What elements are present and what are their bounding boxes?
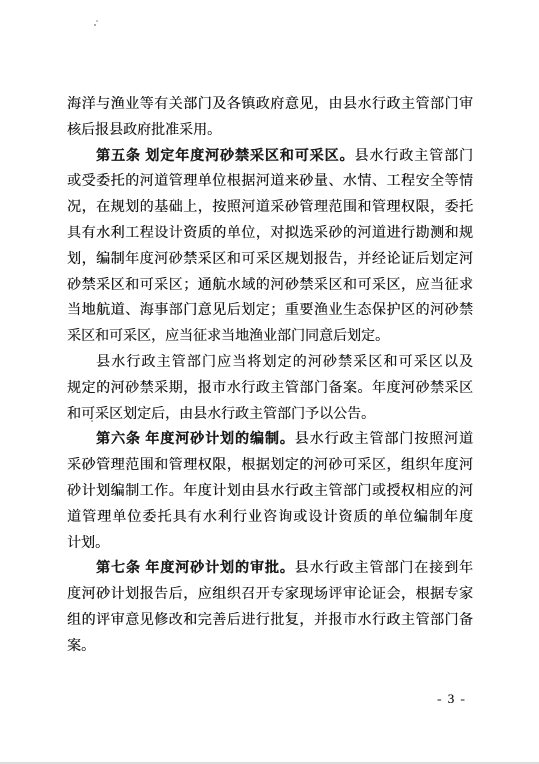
document-line: 海洋与渔业等有关部门及各镇政府意见，由县水行政主管部门审: [67, 92, 473, 118]
page-number: - 3 -: [437, 691, 466, 707]
line-text: 具有水利工程设计资质的单位，对拟选采砂的河道进行勘测和规: [67, 226, 473, 241]
line-text: 计划。: [67, 536, 109, 551]
line-text: 县水行政主管部门应当将划定的河砂禁采区和可采区以及: [96, 355, 473, 370]
line-text: 县水行政主管部门按照河道: [295, 432, 473, 447]
line-text: 和可采区划定后，由县水行政主管部门予以公告。: [67, 407, 375, 422]
document-line: 或受委托的河道管理单位根据河道来砂量、水情、工程安全等情: [67, 169, 473, 195]
line-text: 砂计划编制工作。年度计划由县水行政主管部门或授权相应的河: [67, 484, 473, 499]
scan-speck: [91, 420, 93, 422]
line-text: 县水行政主管部门在接到年: [295, 561, 473, 576]
document-line: 度河砂计划报告后，应组织召开专家现场评审论证会，根据专家: [67, 582, 473, 608]
scan-speck: [96, 20, 98, 22]
line-text: 县水行政主管部门: [354, 149, 473, 164]
document-line: 砂计划编制工作。年度计划由县水行政主管部门或授权相应的河: [67, 479, 473, 505]
document-line: 道管理单位委托具有水利行业咨询或设计资质的单位编制年度: [67, 505, 473, 531]
line-text: 核后报县政府批准采用。: [67, 123, 221, 138]
line-text: 案。: [67, 639, 95, 654]
line-text: 砂禁采区和可采区；通航水域的河砂禁采区和可采区，应当征求: [67, 278, 473, 293]
document-line: 核后报县政府批准采用。: [67, 118, 473, 144]
document-page: 海洋与渔业等有关部门及各镇政府意见，由县水行政主管部门审 核后报县政府批准采用。…: [0, 0, 539, 764]
line-text: 或受委托的河道管理单位根据河道来砂量、水情、工程安全等情: [67, 174, 473, 189]
document-line: 县水行政主管部门应当将划定的河砂禁采区和可采区以及: [67, 350, 473, 376]
document-line: 砂禁采区和可采区；通航水域的河砂禁采区和可采区，应当征求: [67, 273, 473, 299]
line-text: 采砂管理范围和管理权限，根据划定的河砂可采区，组织年度河: [67, 458, 473, 473]
line-text: 规定的河砂禁采期，报市水行政主管部门备案。年度河砂禁采区: [67, 381, 473, 396]
document-line: 案。: [67, 634, 473, 660]
document-line: 况，在规划的基础上，按照河道采砂管理范围和管理权限，委托: [67, 195, 473, 221]
document-line: 组的评审意见修改和完善后进行批复，并报市水行政主管部门备: [67, 608, 473, 634]
document-line: 采砂管理范围和管理权限，根据划定的河砂可采区，组织年度河: [67, 453, 473, 479]
line-text: 况，在规划的基础上，按照河道采砂管理范围和管理权限，委托: [67, 200, 473, 215]
document-line: 第七条 年度河砂计划的审批。县水行政主管部门在接到年: [67, 556, 473, 582]
line-text: 道管理单位委托具有水利行业咨询或设计资质的单位编制年度: [67, 510, 473, 525]
article-heading: 第七条 年度河砂计划的审批。: [96, 561, 295, 576]
document-line: 和可采区划定后，由县水行政主管部门予以公告。: [67, 402, 473, 428]
line-text: 海洋与渔业等有关部门及各镇政府意见，由县水行政主管部门审: [67, 97, 473, 112]
document-line: 采区和可采区，应当征求当地渔业部门同意后划定。: [67, 324, 473, 350]
document-line: 划，编制年度河砂禁采区和可采区规划报告，并经论证后划定河: [67, 247, 473, 273]
article-heading: 第五条 划定年度河砂禁采区和可采区。: [96, 149, 354, 164]
document-line: 具有水利工程设计资质的单位，对拟选采砂的河道进行勘测和规: [67, 221, 473, 247]
line-text: 当地航道、海事部门意见后划定；重要渔业生态保护区的河砂禁: [67, 303, 473, 318]
line-text: 划，编制年度河砂禁采区和可采区规划报告，并经论证后划定河: [67, 252, 473, 267]
line-text: 采区和可采区，应当征求当地渔业部门同意后划定。: [67, 329, 389, 344]
line-text: 组的评审意见修改和完善后进行批复，并报市水行政主管部门备: [67, 613, 473, 628]
document-line: 第六条 年度河砂计划的编制。县水行政主管部门按照河道: [67, 427, 473, 453]
line-text: 度河砂计划报告后，应组织召开专家现场评审论证会，根据专家: [67, 587, 473, 602]
article-heading: 第六条 年度河砂计划的编制。: [96, 432, 295, 447]
document-line: 计划。: [67, 531, 473, 557]
document-line: 第五条 划定年度河砂禁采区和可采区。县水行政主管部门: [67, 144, 473, 170]
document-line: 当地航道、海事部门意见后划定；重要渔业生态保护区的河砂禁: [67, 298, 473, 324]
document-line: 规定的河砂禁采期，报市水行政主管部门备案。年度河砂禁采区: [67, 376, 473, 402]
document-text-block: 海洋与渔业等有关部门及各镇政府意见，由县水行政主管部门审 核后报县政府批准采用。…: [67, 92, 473, 660]
scan-speck: [94, 24, 96, 26]
